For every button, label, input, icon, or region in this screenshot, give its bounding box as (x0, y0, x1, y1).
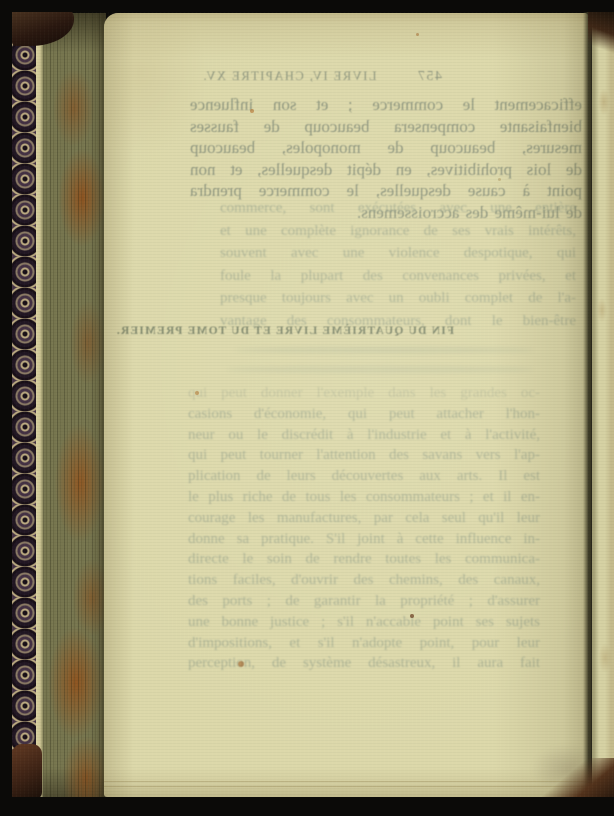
ghost-text-line: de lui-même des accroissemens. (190, 202, 582, 224)
ghost-text-line: casions d'économie, qui peut attacher l'… (188, 404, 540, 425)
ghost-text-line: souvent avec une violence despotique, qu… (220, 242, 576, 265)
showthrough-page-number: 457 (417, 69, 443, 85)
showthrough-running-header: 457 LIVRE IV, CHAPITRE XV. (190, 69, 582, 85)
ghost-text-line: le plus riche de tous les consommateurs … (188, 487, 540, 508)
ghost-text-line: presque toujours avec un oubli complet d… (220, 287, 576, 310)
ghost-text-line: donne sa pratique. S'il joint à cette in… (188, 529, 540, 550)
showthrough-header-title: LIVRE IV, CHAPITRE XV. (202, 69, 377, 84)
foxing-spot (498, 178, 501, 181)
book-page: 457 LIVRE IV, CHAPITRE XV. efficacement … (104, 13, 588, 797)
showthrough-text-block: 457 LIVRE IV, CHAPITRE XV. efficacement … (190, 69, 582, 223)
cover-bottom-corner (8, 744, 42, 800)
ink-smudge (226, 366, 534, 373)
photo-black-frame-top (0, 0, 614, 12)
ghost-text-line: une bonne justice ; s'il n'accable point… (188, 612, 540, 633)
scanned-book-photo: 457 LIVRE IV, CHAPITRE XV. efficacement … (0, 0, 614, 816)
foxing-spot (416, 33, 419, 36)
ghost-text-line: mesures, beaucoup de monopoles, beaucoup (190, 137, 582, 159)
foxing-spot (410, 614, 414, 618)
showthrough-paragraph: efficacement le commerce ; et son influe… (190, 94, 582, 223)
ghost-text-line: neur ou le discrédit à l'industrie et à … (188, 425, 540, 446)
page-stack-edge (36, 13, 106, 802)
ghost-text-line: foule la plupart des convenances privées… (220, 265, 576, 288)
ghost-text-line: courage les manufactures, par cela seul … (188, 508, 540, 529)
ghost-text-line: directe le soin de rendre toutes les com… (188, 549, 540, 570)
ghost-text-line: bienfaisante compensera beaucoup de faus… (190, 116, 582, 138)
ghost-text-line: qui peut tourner l'attention des savans … (188, 445, 540, 466)
facing-page-edge (592, 10, 614, 797)
gutter-shadow (583, 11, 593, 797)
ghost-text-line: efficacement le commerce ; et son influe… (190, 94, 582, 116)
foxing-spot (195, 391, 199, 395)
offset-text-lower: qui peut donner l'exemple dans les grand… (188, 383, 540, 674)
photo-black-frame-left (0, 0, 12, 816)
ghost-text-line: d'impositions, et s'il n'adopte point, p… (188, 633, 540, 654)
photo-black-frame-bottom (0, 797, 614, 816)
ink-smudge (234, 347, 534, 353)
ghost-text-line: de lois prohibitives, en dépit desquelle… (190, 159, 582, 181)
marbled-cover-edge (12, 9, 39, 800)
ghost-text-line: des ports ; de garantir la propriété ; d… (188, 591, 540, 612)
fin-line: FIN DU QUATRIÈME LIVRE ET DU TOME PREMIE… (199, 325, 454, 337)
ghost-text-line: tions faciles, d'ouvrir des chemins, des… (188, 570, 540, 591)
foxing-spot (250, 109, 254, 113)
ghost-text-line: point à cause desquelles, le commerce pr… (190, 180, 582, 202)
ghost-text-line: plication de leurs découvertes aux arts.… (188, 466, 540, 487)
page-bottom-edge-lines (104, 777, 588, 791)
ghost-text-line: qui peut donner l'exemple dans les grand… (188, 383, 540, 404)
foxing-spot (238, 661, 244, 667)
